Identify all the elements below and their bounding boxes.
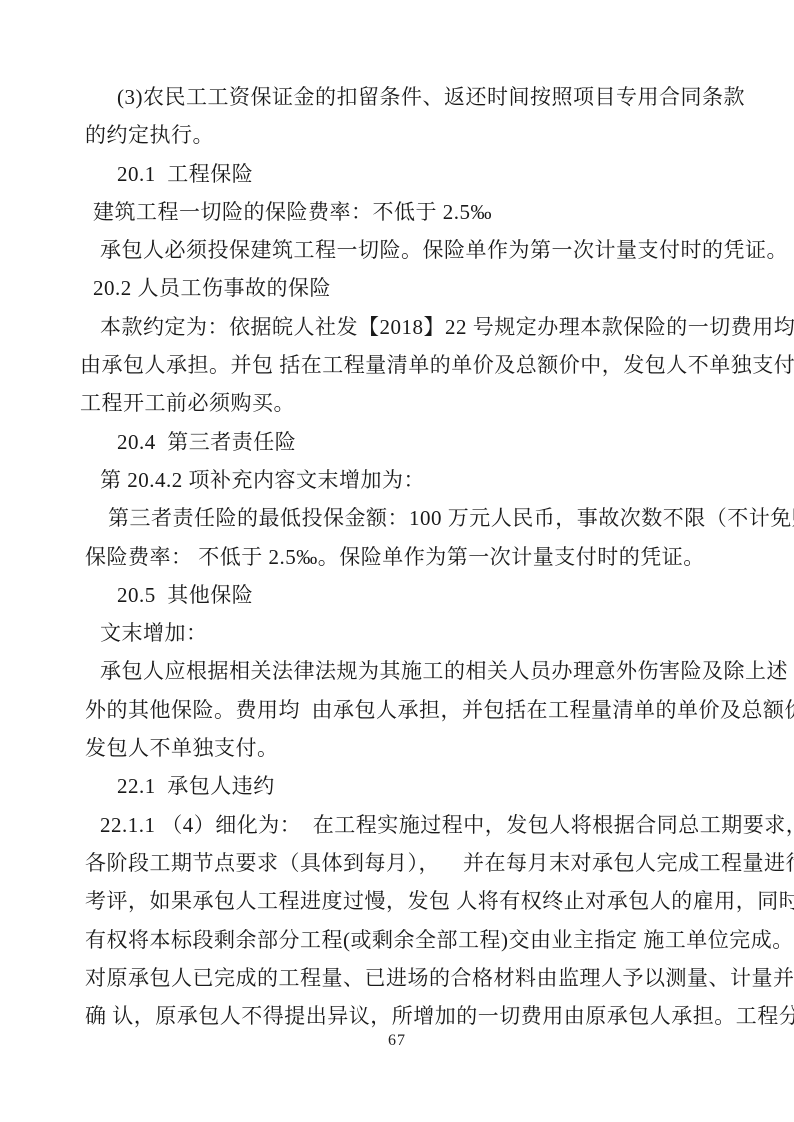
- paragraph-line-insurance-rate: 建筑工程一切险的保险费率：不低于 2.5‰: [80, 193, 746, 231]
- paragraph-line-22-1-1-body-1: 22.1.1 （4）细化为： 在工程实施过程中，发包人将根据合同总工期要求，下发: [80, 806, 746, 844]
- paragraph-line-22-1-1-body-4: 有权将本标段剩余部分工程(或剩余全部工程)交由业主指定 施工单位完成。: [80, 921, 746, 959]
- heading-20-2-work-injury-insurance: 20.2 人员工伤事故的保险: [80, 269, 746, 307]
- paragraph-line-must-insure: 承包人必须投保建筑工程一切险。保险单作为第一次计量支付时的凭证。: [80, 231, 746, 269]
- paragraph-line-wage-guarantee: (3)农民工工资保证金的扣留条件、返还时间按照项目专用合同条款: [80, 78, 746, 116]
- paragraph-line-20-5-body-3: 发包人不单独支付。: [80, 729, 746, 767]
- paragraph-line-20-5-body-1: 承包人应根据相关法律法规为其施工的相关人员办理意外伤害险及除上述: [80, 652, 746, 690]
- paragraph-line-22-1-1-body-3: 考评，如果承包人工程进度过慢，发包 人将有权终止对承包人的雇用，同时: [80, 882, 746, 920]
- paragraph-line-20-2-body-2: 由承包人承担。并包 括在工程量清单的单价及总额价中，发包人不单独支付，: [80, 346, 746, 384]
- paragraph-line-text-addition: 文末增加：: [80, 614, 746, 652]
- heading-20-4-third-party-liability: 20.4 第三者责任险: [80, 423, 746, 461]
- paragraph-line-20-4-2-supplement: 第 20.4.2 项补充内容文末增加为：: [80, 461, 746, 499]
- document-page: (3)农民工工资保证金的扣留条件、返还时间按照项目专用合同条款 的约定执行。 2…: [0, 0, 794, 1122]
- paragraph-line-20-5-body-2: 外的其他保险。费用均 由承包人承担，并包括在工程量清单的单价及总额价中，: [80, 691, 746, 729]
- paragraph-line-22-1-1-body-5: 对原承包人已完成的工程量、已进场的合格材料由监理人予以测量、计量并进行: [80, 959, 746, 997]
- document-body: (3)农民工工资保证金的扣留条件、返还时间按照项目专用合同条款 的约定执行。 2…: [80, 78, 746, 1035]
- paragraph-line-20-2-body-3: 工程开工前必须购买。: [80, 384, 746, 422]
- heading-20-5-other-insurance: 20.5 其他保险: [80, 576, 746, 614]
- heading-20-1-engineering-insurance: 20.1 工程保险: [80, 155, 746, 193]
- paragraph-line-wage-guarantee-cont: 的约定执行。: [80, 116, 746, 154]
- paragraph-line-20-2-body-1: 本款约定为：依据皖人社发【2018】22 号规定办理本款保险的一切费用均: [80, 308, 746, 346]
- page-number: 67: [0, 1032, 794, 1050]
- heading-22-1-contractor-breach: 22.1 承包人违约: [80, 767, 746, 805]
- paragraph-line-20-4-body-1: 第三者责任险的最低投保金额：100 万元人民币，事故次数不限（不计免赔额）。: [80, 499, 746, 537]
- paragraph-line-22-1-1-body-2: 各阶段工期节点要求（具体到每月）， 并在每月末对承包人完成工程量进行: [80, 844, 746, 882]
- paragraph-line-22-1-1-body-6: 确 认，原承包人不得提出异议，所增加的一切费用由原承包人承担。工程分割: [80, 997, 746, 1035]
- paragraph-line-20-4-body-2: 保险费率： 不低于 2.5‰。保险单作为第一次计量支付时的凭证。: [80, 538, 746, 576]
